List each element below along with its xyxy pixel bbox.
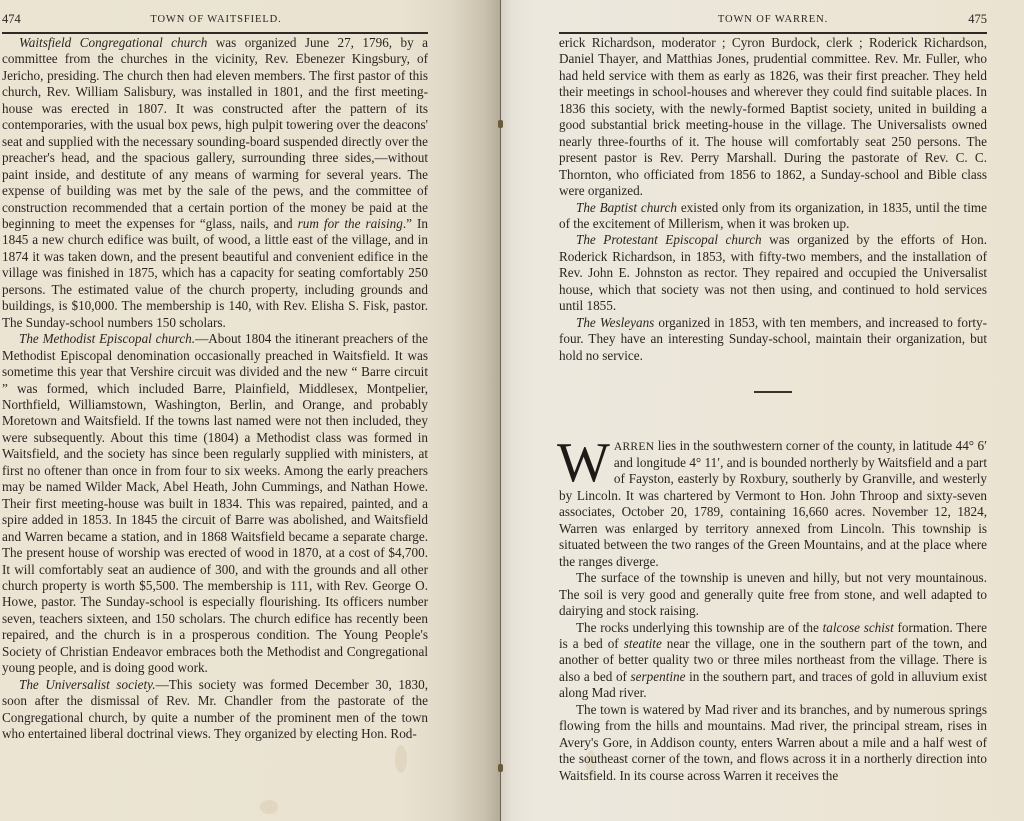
- paragraph-warren-intro: WARREN lies in the southwestern corner o…: [559, 438, 987, 571]
- left-page-body: Waitsfield Congregational church was org…: [2, 35, 428, 742]
- right-page-body: erick Richardson, moderator ; Cyron Burd…: [559, 35, 987, 784]
- header-rule: [559, 32, 987, 34]
- running-title: TOWN OF WAITSFIELD.: [2, 14, 430, 25]
- italic-lead: The Baptist church: [576, 200, 677, 215]
- binding-thread: [498, 764, 503, 772]
- header-rule: [2, 32, 428, 34]
- paragraph-wesleyans: The Wesleyans organized in 1853, with te…: [559, 315, 987, 364]
- paragraph-universalist-society: The Universalist society.—This society w…: [2, 677, 428, 743]
- left-page: 474 TOWN OF WAITSFIELD. Waitsfield Congr…: [0, 0, 500, 821]
- right-page: TOWN OF WARREN. 475 erick Richardson, mo…: [500, 0, 1024, 821]
- paragraph-methodist-church: The Methodist Episcopal church.—About 18…: [2, 331, 428, 677]
- paper-stain: [395, 745, 407, 773]
- drop-cap: W: [557, 440, 610, 486]
- paragraph-episcopal-church: The Protestant Episcopal church was orga…: [559, 232, 987, 314]
- paragraph-rocks: The rocks underlying this township are o…: [559, 620, 987, 702]
- right-page-header: TOWN OF WARREN. 475: [559, 14, 987, 30]
- italic-lead: The Universalist society.: [19, 677, 156, 692]
- paragraph-waters: The town is watered by Mad river and its…: [559, 702, 987, 784]
- left-page-header: 474 TOWN OF WAITSFIELD.: [2, 14, 430, 30]
- paragraph-universalist-continued: erick Richardson, moderator ; Cyron Burd…: [559, 35, 987, 200]
- book-spread: 474 TOWN OF WAITSFIELD. Waitsfield Congr…: [0, 0, 1024, 821]
- binding-thread: [498, 120, 503, 128]
- paragraph-surface: The surface of the township is uneven an…: [559, 570, 987, 619]
- section-separator: [754, 391, 792, 393]
- italic-lead: The Wesleyans: [576, 315, 654, 330]
- page-number: 475: [968, 12, 987, 27]
- italic-lead: The Methodist Episcopal church.: [19, 331, 195, 346]
- paper-stain: [260, 800, 278, 814]
- italic-lead: The Protestant Episcopal church: [576, 232, 762, 247]
- paragraph-baptist-church: The Baptist church existed only from its…: [559, 200, 987, 233]
- italic-lead: Waitsfield Congregational church: [19, 35, 207, 50]
- smallcaps-lead: ARREN: [614, 441, 654, 453]
- running-title: TOWN OF WARREN.: [559, 14, 987, 25]
- paragraph-congregational-church: Waitsfield Congregational church was org…: [2, 35, 428, 331]
